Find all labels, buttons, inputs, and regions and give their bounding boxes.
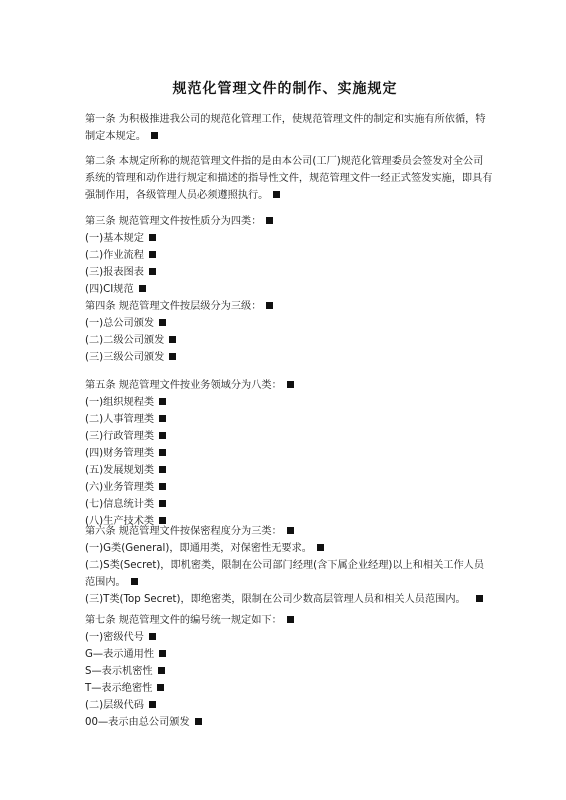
line-text: (一)密级代号: [85, 632, 144, 643]
paragraph-mark-icon: [266, 302, 273, 309]
line-text: (七)信息统计类: [85, 499, 154, 510]
line-text: (四)财务管理类: [85, 448, 154, 459]
line-text: 00—表示由总公司颁发: [85, 717, 190, 728]
line-text: (二)层级代码: [85, 700, 144, 711]
article-6: 第六条 规范管理文件按保密程度分为三类： (一)G类(General)，即通用类…: [85, 523, 485, 608]
article-4-heading: 第四条 规范管理文件按层级分为三级：: [85, 298, 485, 315]
line-text: 制定本规定。: [85, 131, 146, 142]
list-item: (四)CI规范: [85, 281, 485, 298]
list-item: (二)层级代码: [85, 697, 485, 714]
line-text: (一)G类(General)，即通用类，对保密性无要求。: [85, 543, 312, 554]
list-item: (一)组织规程类: [85, 394, 485, 411]
list-item: (二)作业流程: [85, 247, 485, 264]
line-text: (一)基本规定: [85, 233, 144, 244]
list-item: (二)人事管理类: [85, 411, 485, 428]
paragraph-mark-icon: [157, 684, 164, 691]
paragraph-mark-icon: [159, 432, 166, 439]
line-text: (六)业务管理类: [85, 482, 154, 493]
line-text: 第五条 规范管理文件按业务领域分为八类：: [85, 380, 282, 391]
article-3-heading: 第三条 规范管理文件按性质分为四类：: [85, 213, 485, 230]
line-text: G—表示通用性: [85, 649, 154, 660]
line-text: (三)T类(Top Secret)，即绝密类，限制在公司少数高层管理人员和相关人…: [85, 594, 466, 605]
list-item: (六)业务管理类: [85, 479, 485, 496]
line-text: T—表示绝密性: [85, 683, 152, 694]
line-text: (四)CI规范: [85, 284, 134, 295]
paragraph-mark-icon: [159, 398, 166, 405]
paragraph-mark-icon: [158, 667, 165, 674]
list-item: (七)信息统计类: [85, 496, 485, 513]
paragraph-mark-icon: [266, 217, 273, 224]
line-text: (三)行政管理类: [85, 431, 154, 442]
list-item: (一)密级代号: [85, 629, 485, 646]
paragraph-mark-icon: [149, 633, 156, 640]
paragraph-mark-icon: [287, 381, 294, 388]
paragraph-mark-icon: [195, 718, 202, 725]
list-item: (二)S类(Secret)，即机密类，限制在公司部门经理(含下属企业经理)以上和…: [85, 557, 485, 574]
article-2: 第二条 本规定所称的规范管理文件指的是由本公司(工厂)规范化管理委员会签发对全公…: [85, 153, 485, 204]
paragraph-mark-icon: [169, 353, 176, 360]
article-3: 第三条 规范管理文件按性质分为四类： (一)基本规定 (二)作业流程 (三)报表…: [85, 213, 485, 298]
list-item: (五)发展规划类: [85, 462, 485, 479]
line-text: 第七条 规范管理文件的编号统一规定如下：: [85, 615, 282, 626]
list-item: (四)财务管理类: [85, 445, 485, 462]
line-text: (五)发展规划类: [85, 465, 154, 476]
paragraph-mark-icon: [151, 132, 158, 139]
article-5: 第五条 规范管理文件按业务领域分为八类： (一)组织规程类 (二)人事管理类 (…: [85, 377, 485, 530]
list-item: (三)报表图表: [85, 264, 485, 281]
line-text: (一)总公司颁发: [85, 318, 154, 329]
article-4: 第四条 规范管理文件按层级分为三级： (一)总公司颁发 (二)二级公司颁发 (三…: [85, 298, 485, 366]
paragraph-mark-icon: [287, 616, 294, 623]
article-2-line-3: 强制作用，各级管理人员必须遵照执行。: [85, 187, 485, 204]
paragraph-mark-icon: [273, 191, 280, 198]
line-text: (二)作业流程: [85, 250, 144, 261]
paragraph-mark-icon: [159, 449, 166, 456]
list-item-continuation: 范围内。: [85, 574, 485, 591]
line-text: (三)报表图表: [85, 267, 144, 278]
paragraph-mark-icon: [476, 595, 483, 602]
line-text: 第六条 规范管理文件按保密程度分为三类：: [85, 526, 282, 537]
line-text: (一)组织规程类: [85, 397, 154, 408]
paragraph-mark-icon: [139, 285, 146, 292]
list-item: S—表示机密性: [85, 663, 485, 680]
line-text: 范围内。: [85, 577, 126, 588]
article-2-line-2: 系统的管理和动作进行规定和描述的指导性文件，规范管理文件一经正式签发实施，即具有: [85, 170, 485, 187]
article-5-heading: 第五条 规范管理文件按业务领域分为八类：: [85, 377, 485, 394]
list-item: G—表示通用性: [85, 646, 485, 663]
paragraph-mark-icon: [131, 578, 138, 585]
paragraph-mark-icon: [317, 544, 324, 551]
article-7-heading: 第七条 规范管理文件的编号统一规定如下：: [85, 612, 485, 629]
paragraph-mark-icon: [159, 483, 166, 490]
list-item: T—表示绝密性: [85, 680, 485, 697]
list-item: (三)行政管理类: [85, 428, 485, 445]
article-2-line-1: 第二条 本规定所称的规范管理文件指的是由本公司(工厂)规范化管理委员会签发对全公…: [85, 153, 485, 170]
list-item: (二)二级公司颁发: [85, 332, 485, 349]
line-text: 强制作用，各级管理人员必须遵照执行。: [85, 190, 268, 201]
line-text: (二)人事管理类: [85, 414, 154, 425]
paragraph-mark-icon: [149, 701, 156, 708]
line-text: 第三条 规范管理文件按性质分为四类：: [85, 216, 261, 227]
line-text: S—表示机密性: [85, 666, 153, 677]
paragraph-mark-icon: [149, 268, 156, 275]
paragraph-mark-icon: [159, 466, 166, 473]
line-text: (二)二级公司颁发: [85, 335, 164, 346]
article-1-line-2: 制定本规定。: [85, 128, 485, 145]
paragraph-mark-icon: [159, 415, 166, 422]
paragraph-mark-icon: [149, 234, 156, 241]
line-text: 第四条 规范管理文件按层级分为三级：: [85, 301, 261, 312]
paragraph-mark-icon: [287, 527, 294, 534]
list-item: (三)三级公司颁发: [85, 349, 485, 366]
article-7: 第七条 规范管理文件的编号统一规定如下： (一)密级代号 G—表示通用性 S—表…: [85, 612, 485, 731]
line-text: (三)三级公司颁发: [85, 352, 164, 363]
list-item: (一)总公司颁发: [85, 315, 485, 332]
paragraph-mark-icon: [159, 319, 166, 326]
paragraph-mark-icon: [149, 251, 156, 258]
article-6-heading: 第六条 规范管理文件按保密程度分为三类：: [85, 523, 485, 540]
list-item: (三)T类(Top Secret)，即绝密类，限制在公司少数高层管理人员和相关人…: [85, 591, 485, 608]
paragraph-mark-icon: [169, 336, 176, 343]
paragraph-mark-icon: [159, 500, 166, 507]
list-item: 00—表示由总公司颁发: [85, 714, 485, 731]
article-1-line-1: 第一条 为积极推进我公司的规范化管理工作，使规范管理文件的制定和实施有所依循，特: [85, 111, 485, 128]
list-item: (一)G类(General)，即通用类，对保密性无要求。: [85, 540, 485, 557]
article-1: 第一条 为积极推进我公司的规范化管理工作，使规范管理文件的制定和实施有所依循，特…: [85, 111, 485, 145]
list-item: (一)基本规定: [85, 230, 485, 247]
paragraph-mark-icon: [159, 650, 166, 657]
document-title: 规范化管理文件的制作、实施规定: [85, 78, 485, 98]
